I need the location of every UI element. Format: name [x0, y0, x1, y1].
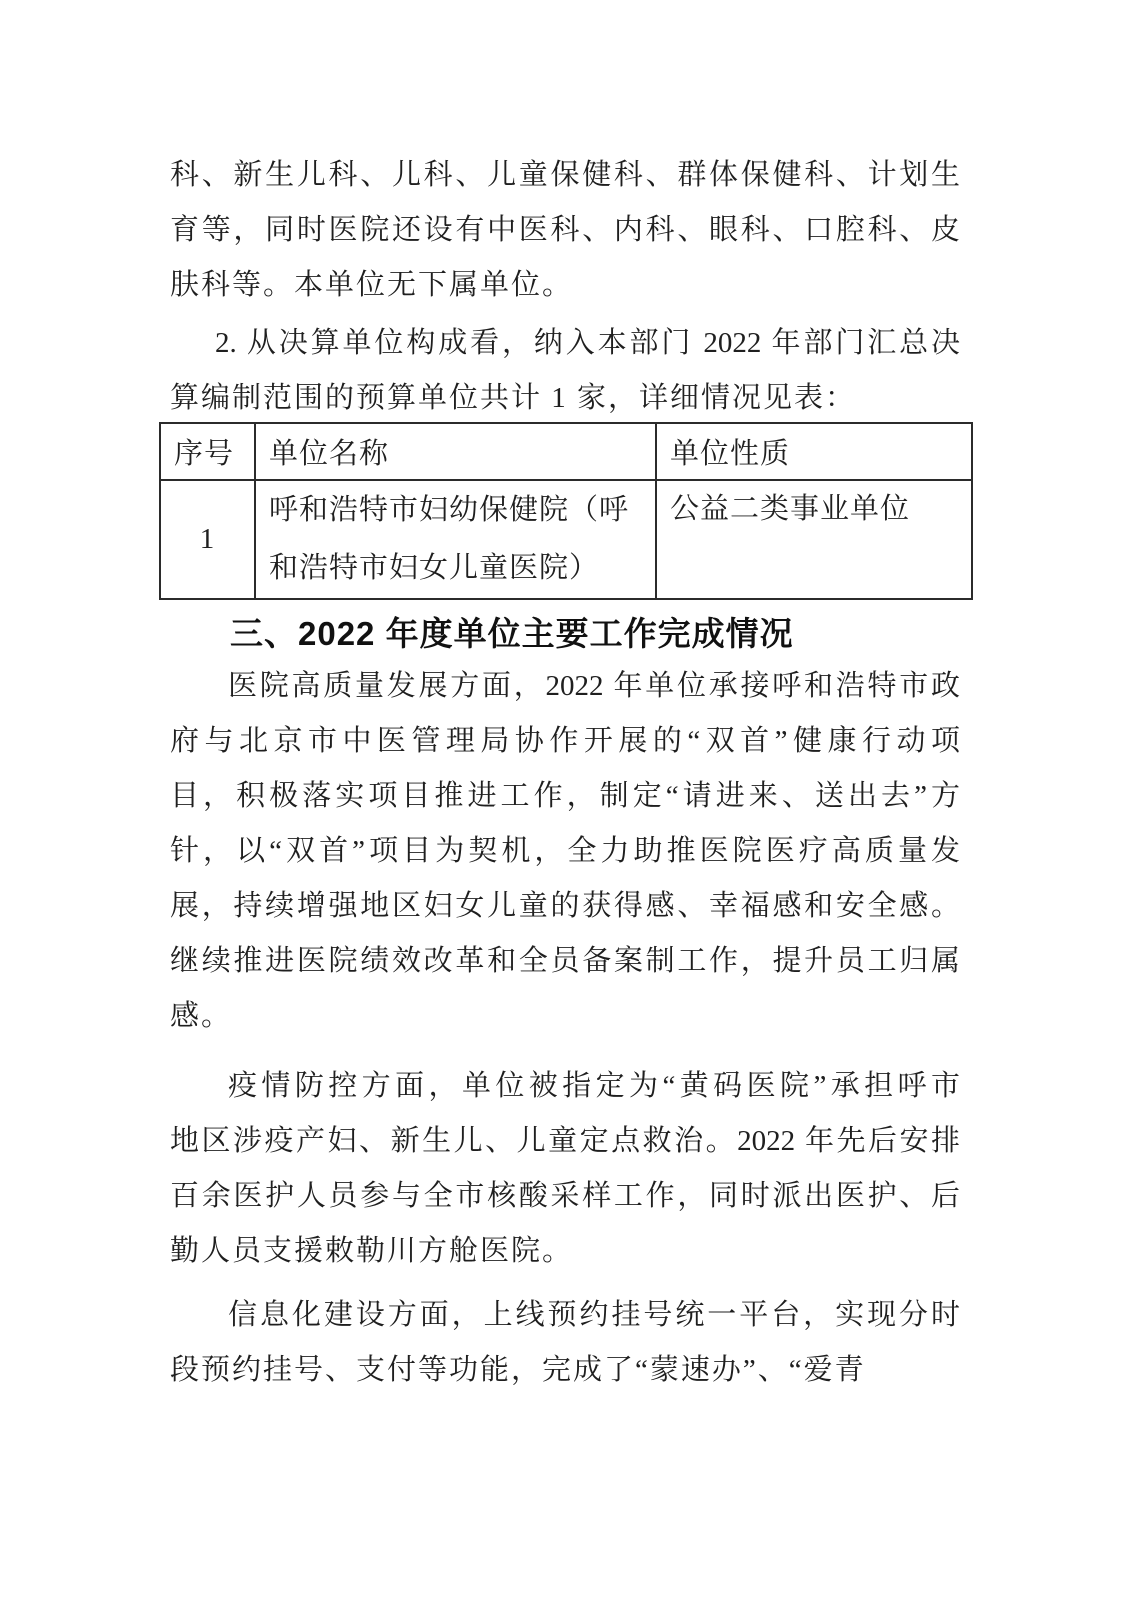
para4-line-3: 百余医护人员参与全市核酸采样工作，同时派出医护、后 [170, 1169, 960, 1224]
table-header-nature: 单位性质 [656, 423, 972, 480]
para4-line-1: 疫情防控方面，单位被指定为“黄码医院”承担呼市 [170, 1059, 960, 1114]
units-table-header-row: 序号 单位名称 单位性质 [160, 423, 972, 480]
para4-line-4: 勤人员支援敕勒川方舱医院。 [170, 1224, 960, 1279]
document-page: 科、新生儿科、儿科、儿童保健科、群体保健科、计划生 育等，同时医院还设有中医科、… [0, 0, 1131, 1600]
para3-line-4: 针，以“双首”项目为契机，全力助推医院医疗高质量发 [170, 824, 960, 879]
table-cell-seq: 1 [160, 480, 255, 599]
para3-line-1: 医院高质量发展方面，2022 年单位承接呼和浩特市政 [170, 659, 960, 714]
para1-line-1: 科、新生儿科、儿科、儿童保健科、群体保健科、计划生 [170, 148, 960, 203]
para1-line-2: 育等，同时医院还设有中医科、内科、眼科、口腔科、皮 [170, 203, 960, 258]
table-cell-unit-name: 呼和浩特市妇幼保健院（呼 和浩特市妇女儿童医院） [255, 480, 656, 599]
paragraph-unit-composition: 2. 从决算单位构成看，纳入本部门 2022 年部门汇总决 算编制范围的预算单位… [170, 316, 960, 426]
para4-line-2: 地区涉疫产妇、新生儿、儿童定点救治。2022 年先后安排 [170, 1114, 960, 1169]
paragraph-high-quality-development: 医院高质量发展方面，2022 年单位承接呼和浩特市政 府与北京市中医管理局协作开… [170, 659, 960, 1044]
para3-line-7: 感。 [170, 989, 960, 1044]
table-cell-unit-nature: 公益二类事业单位 [656, 480, 972, 599]
para3-line-3: 目，积极落实项目推进工作，制定“请进来、送出去”方 [170, 769, 960, 824]
para3-line-2: 府与北京市中医管理局协作开展的“双首”健康行动项 [170, 714, 960, 769]
table-header-name: 单位名称 [255, 423, 656, 480]
para5-line-1: 信息化建设方面，上线预约挂号统一平台，实现分时 [170, 1288, 960, 1343]
para2-line-2: 算编制范围的预算单位共计 1 家，详细情况见表： [170, 371, 960, 426]
para1-line-3: 肤科等。本单位无下属单位。 [170, 258, 960, 313]
para3-line-5: 展，持续增强地区妇女儿童的获得感、幸福感和安全感。 [170, 879, 960, 934]
table-header-seq: 序号 [160, 423, 255, 480]
paragraph-informatization: 信息化建设方面，上线预约挂号统一平台，实现分时 段预约挂号、支付等功能，完成了“… [170, 1288, 960, 1398]
para3-line-6: 继续推进医院绩效改革和全员备案制工作，提升员工归属 [170, 934, 960, 989]
para5-line-2: 段预约挂号、支付等功能，完成了“蒙速办”、“爱青 [170, 1343, 960, 1398]
unit-name-line-1: 呼和浩特市妇幼保健院（呼 [269, 481, 655, 539]
unit-name-line-2: 和浩特市妇女儿童医院） [269, 539, 655, 597]
paragraph-pandemic-control: 疫情防控方面，单位被指定为“黄码医院”承担呼市 地区涉疫产妇、新生儿、儿童定点救… [170, 1059, 960, 1279]
paragraph-departments: 科、新生儿科、儿科、儿童保健科、群体保健科、计划生 育等，同时医院还设有中医科、… [170, 148, 960, 313]
units-table: 序号 单位名称 单位性质 1 呼和浩特市妇幼保健院（呼 和浩特市妇女儿童医院） … [159, 422, 973, 600]
table-row: 1 呼和浩特市妇幼保健院（呼 和浩特市妇女儿童医院） 公益二类事业单位 [160, 480, 972, 599]
section-heading: 三、2022 年度单位主要工作完成情况 [230, 612, 794, 656]
para2-line-1: 2. 从决算单位构成看，纳入本部门 2022 年部门汇总决 [170, 316, 960, 371]
